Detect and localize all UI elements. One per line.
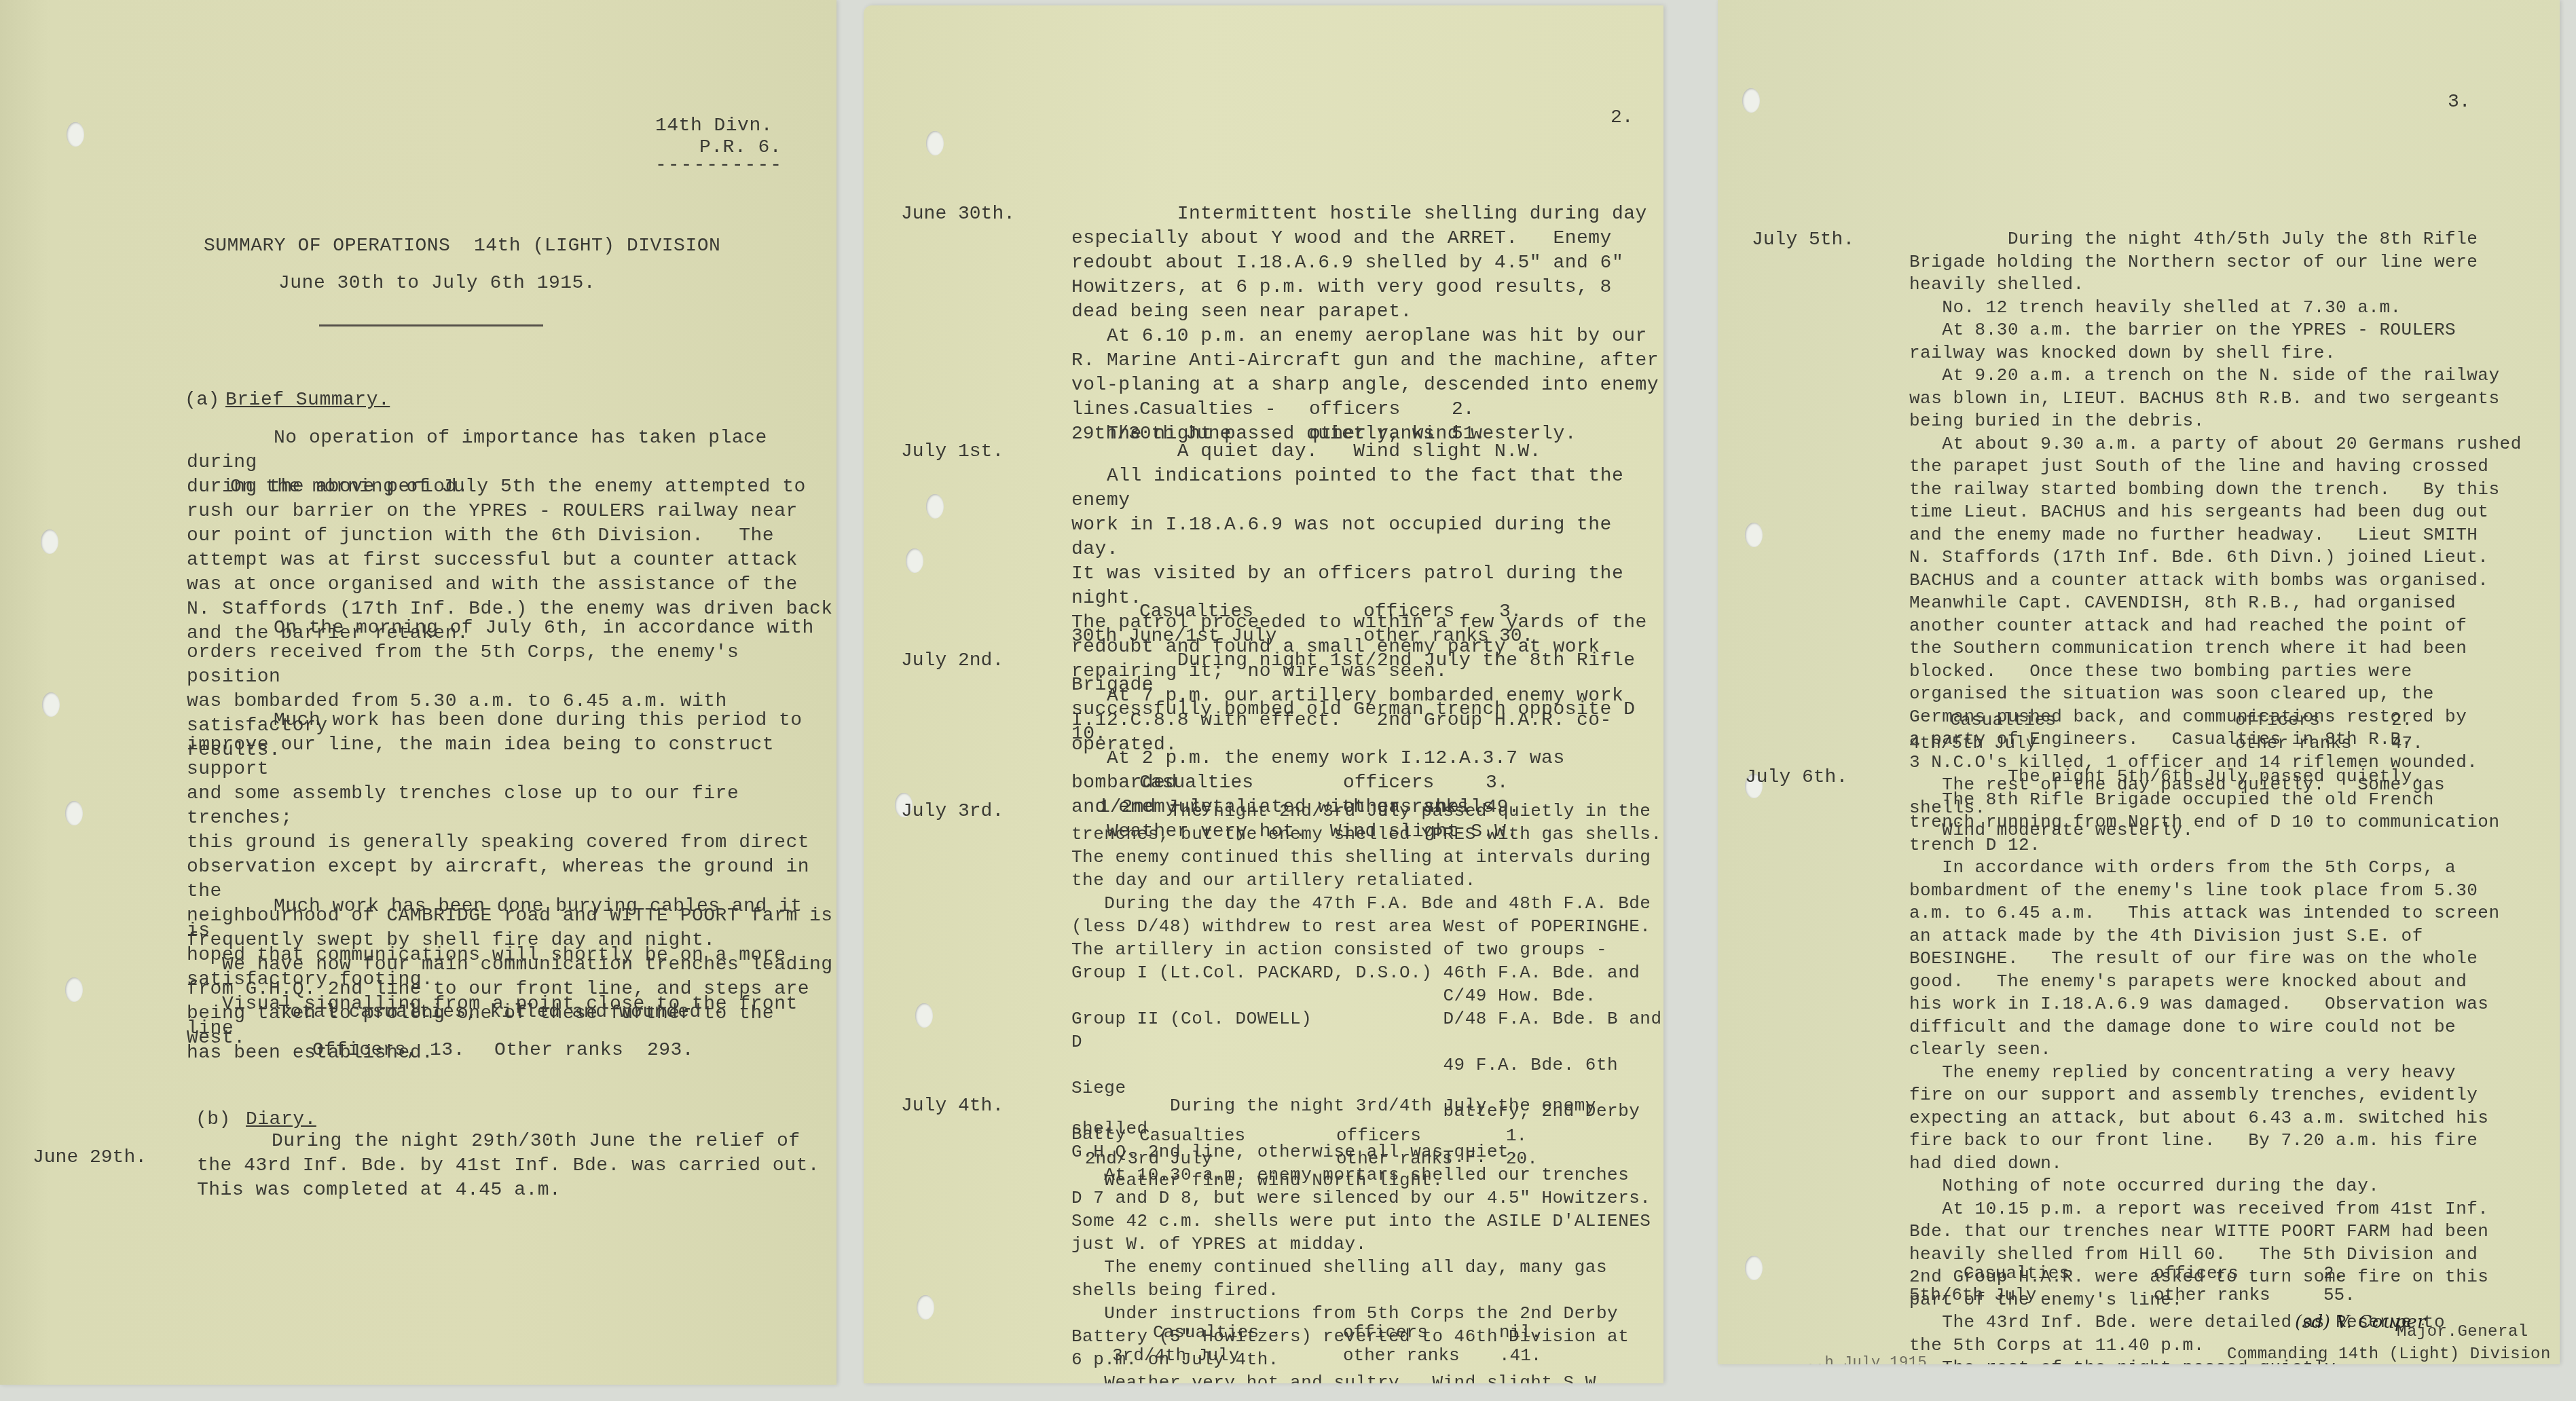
punch-hole xyxy=(42,692,60,717)
signatory-rank: Major.General xyxy=(2397,1320,2528,1345)
punch-hole xyxy=(917,1295,934,1320)
other-ranks-label: other ranks xyxy=(1343,1344,1499,1367)
casualty-label: Casualties xyxy=(1139,600,1363,624)
section-b-title: Diary. xyxy=(246,1108,316,1132)
officers-label: officers xyxy=(1343,1321,1499,1344)
punch-hole xyxy=(41,529,58,554)
section-b-label: (b) xyxy=(196,1108,231,1132)
other-ranks-count: 55. xyxy=(2323,1284,2355,1306)
total-casualties-other-ranks: Other ranks 293. xyxy=(494,1039,694,1063)
officers-label: officers xyxy=(2154,1263,2323,1284)
punch-hole xyxy=(65,801,83,825)
officers-label: officers xyxy=(1343,771,1486,796)
footer-date: ..h July 1915 xyxy=(1806,1351,1927,1364)
officers-count: 3. xyxy=(1486,771,1509,796)
punch-hole xyxy=(1745,1256,1763,1280)
diary-entry-text: During the night 29th/30th June the reli… xyxy=(197,1129,820,1203)
casualty-period: 3rd/4th July xyxy=(1112,1344,1343,1367)
officers-count: nil. xyxy=(1499,1321,1541,1344)
casualty-block: Casualties -officersnil. 3rd/4th Julyoth… xyxy=(1071,1321,1541,1367)
casualty-label: Casualties - xyxy=(1139,398,1309,422)
casualty-block: Casualtiesofficers3. 30th June/1st Julyo… xyxy=(1071,600,1533,649)
document-period: June 30th to July 6th 1915. xyxy=(278,272,595,296)
document-page-3: 3. July 5th. During the night 4th/5th Ju… xyxy=(1718,0,2560,1364)
total-casualties-label: Total casualties, killed and wounded - xyxy=(278,1001,725,1025)
other-ranks-label: other ranks xyxy=(2235,732,2391,755)
reference-rule: ---------- xyxy=(655,153,783,178)
officers-label: officers xyxy=(1363,600,1499,624)
other-ranks-count: 30. xyxy=(1499,624,1533,649)
casualty-period: 4th/5th July xyxy=(1909,732,2235,755)
punch-hole xyxy=(926,131,944,155)
page-number: 3. xyxy=(2448,92,2471,113)
diary-date: July 6th. xyxy=(1745,766,1847,790)
total-casualties-officers: Officers, 13. xyxy=(312,1039,465,1063)
other-ranks-label: other ranks xyxy=(1363,624,1499,649)
signatory-role: Commanding 14th (Light) Division xyxy=(2227,1343,2551,1364)
page-number: 2. xyxy=(1611,107,1634,128)
diary-date: June 30th. xyxy=(901,202,1015,227)
officers-count: 2. xyxy=(2391,709,2412,732)
diary-date: July 2nd. xyxy=(901,649,1004,673)
diary-date: July 4th. xyxy=(901,1094,1004,1119)
punch-hole xyxy=(67,122,84,147)
other-ranks-count: .41. xyxy=(1499,1344,1541,1367)
officers-count: 3. xyxy=(1499,600,1522,624)
casualty-label: Casualties xyxy=(1139,771,1343,796)
casualty-period: 5th/6th July xyxy=(1909,1284,2154,1306)
punch-hole xyxy=(1745,523,1763,547)
title-divider xyxy=(319,324,543,326)
casualty-block: Casualtiesofficers2. 5th/6th Julyother r… xyxy=(1909,1263,2355,1306)
diary-date: July 5th. xyxy=(1752,228,1854,253)
diary-date: July 1st. xyxy=(901,440,1004,464)
officers-count: 2. xyxy=(1452,398,1475,422)
punch-hole xyxy=(926,494,944,519)
officers-label: officers xyxy=(1309,398,1452,422)
casualty-period: 30th June/1st July xyxy=(1071,624,1363,649)
diary-date: June 29th. xyxy=(33,1146,147,1170)
section-a-title: Brief Summary. xyxy=(225,388,390,413)
document-page-1: 14th Divn. P.R. 6. ---------- SUMMARY OF… xyxy=(0,0,836,1385)
officers-label: officers xyxy=(2235,709,2391,732)
document-page-2: 2. June 30th. Intermittent hostile shell… xyxy=(864,5,1663,1383)
document-title: SUMMARY OF OPERATIONS 14th (LIGHT) DIVIS… xyxy=(204,234,720,259)
casualty-block: Casualtiesofficers2. 4th/5th Julyother r… xyxy=(1909,709,2423,755)
other-ranks-count: 47. xyxy=(2391,732,2423,755)
casualty-label: Casualties xyxy=(1964,1263,2154,1284)
casualty-label: Casualties - xyxy=(1153,1321,1343,1344)
punch-hole xyxy=(1742,88,1760,113)
diary-date: July 3rd. xyxy=(901,800,1004,824)
reference-divn: 14th Divn. xyxy=(655,114,773,138)
other-ranks-label: other ranks xyxy=(2154,1284,2323,1306)
punch-hole xyxy=(906,548,923,573)
punch-hole xyxy=(915,1003,933,1028)
casualty-label: Casualties xyxy=(1950,709,2235,732)
punch-hole xyxy=(65,977,83,1002)
section-a-label: (a) xyxy=(185,388,220,413)
officers-count: 2. xyxy=(2323,1263,2344,1284)
